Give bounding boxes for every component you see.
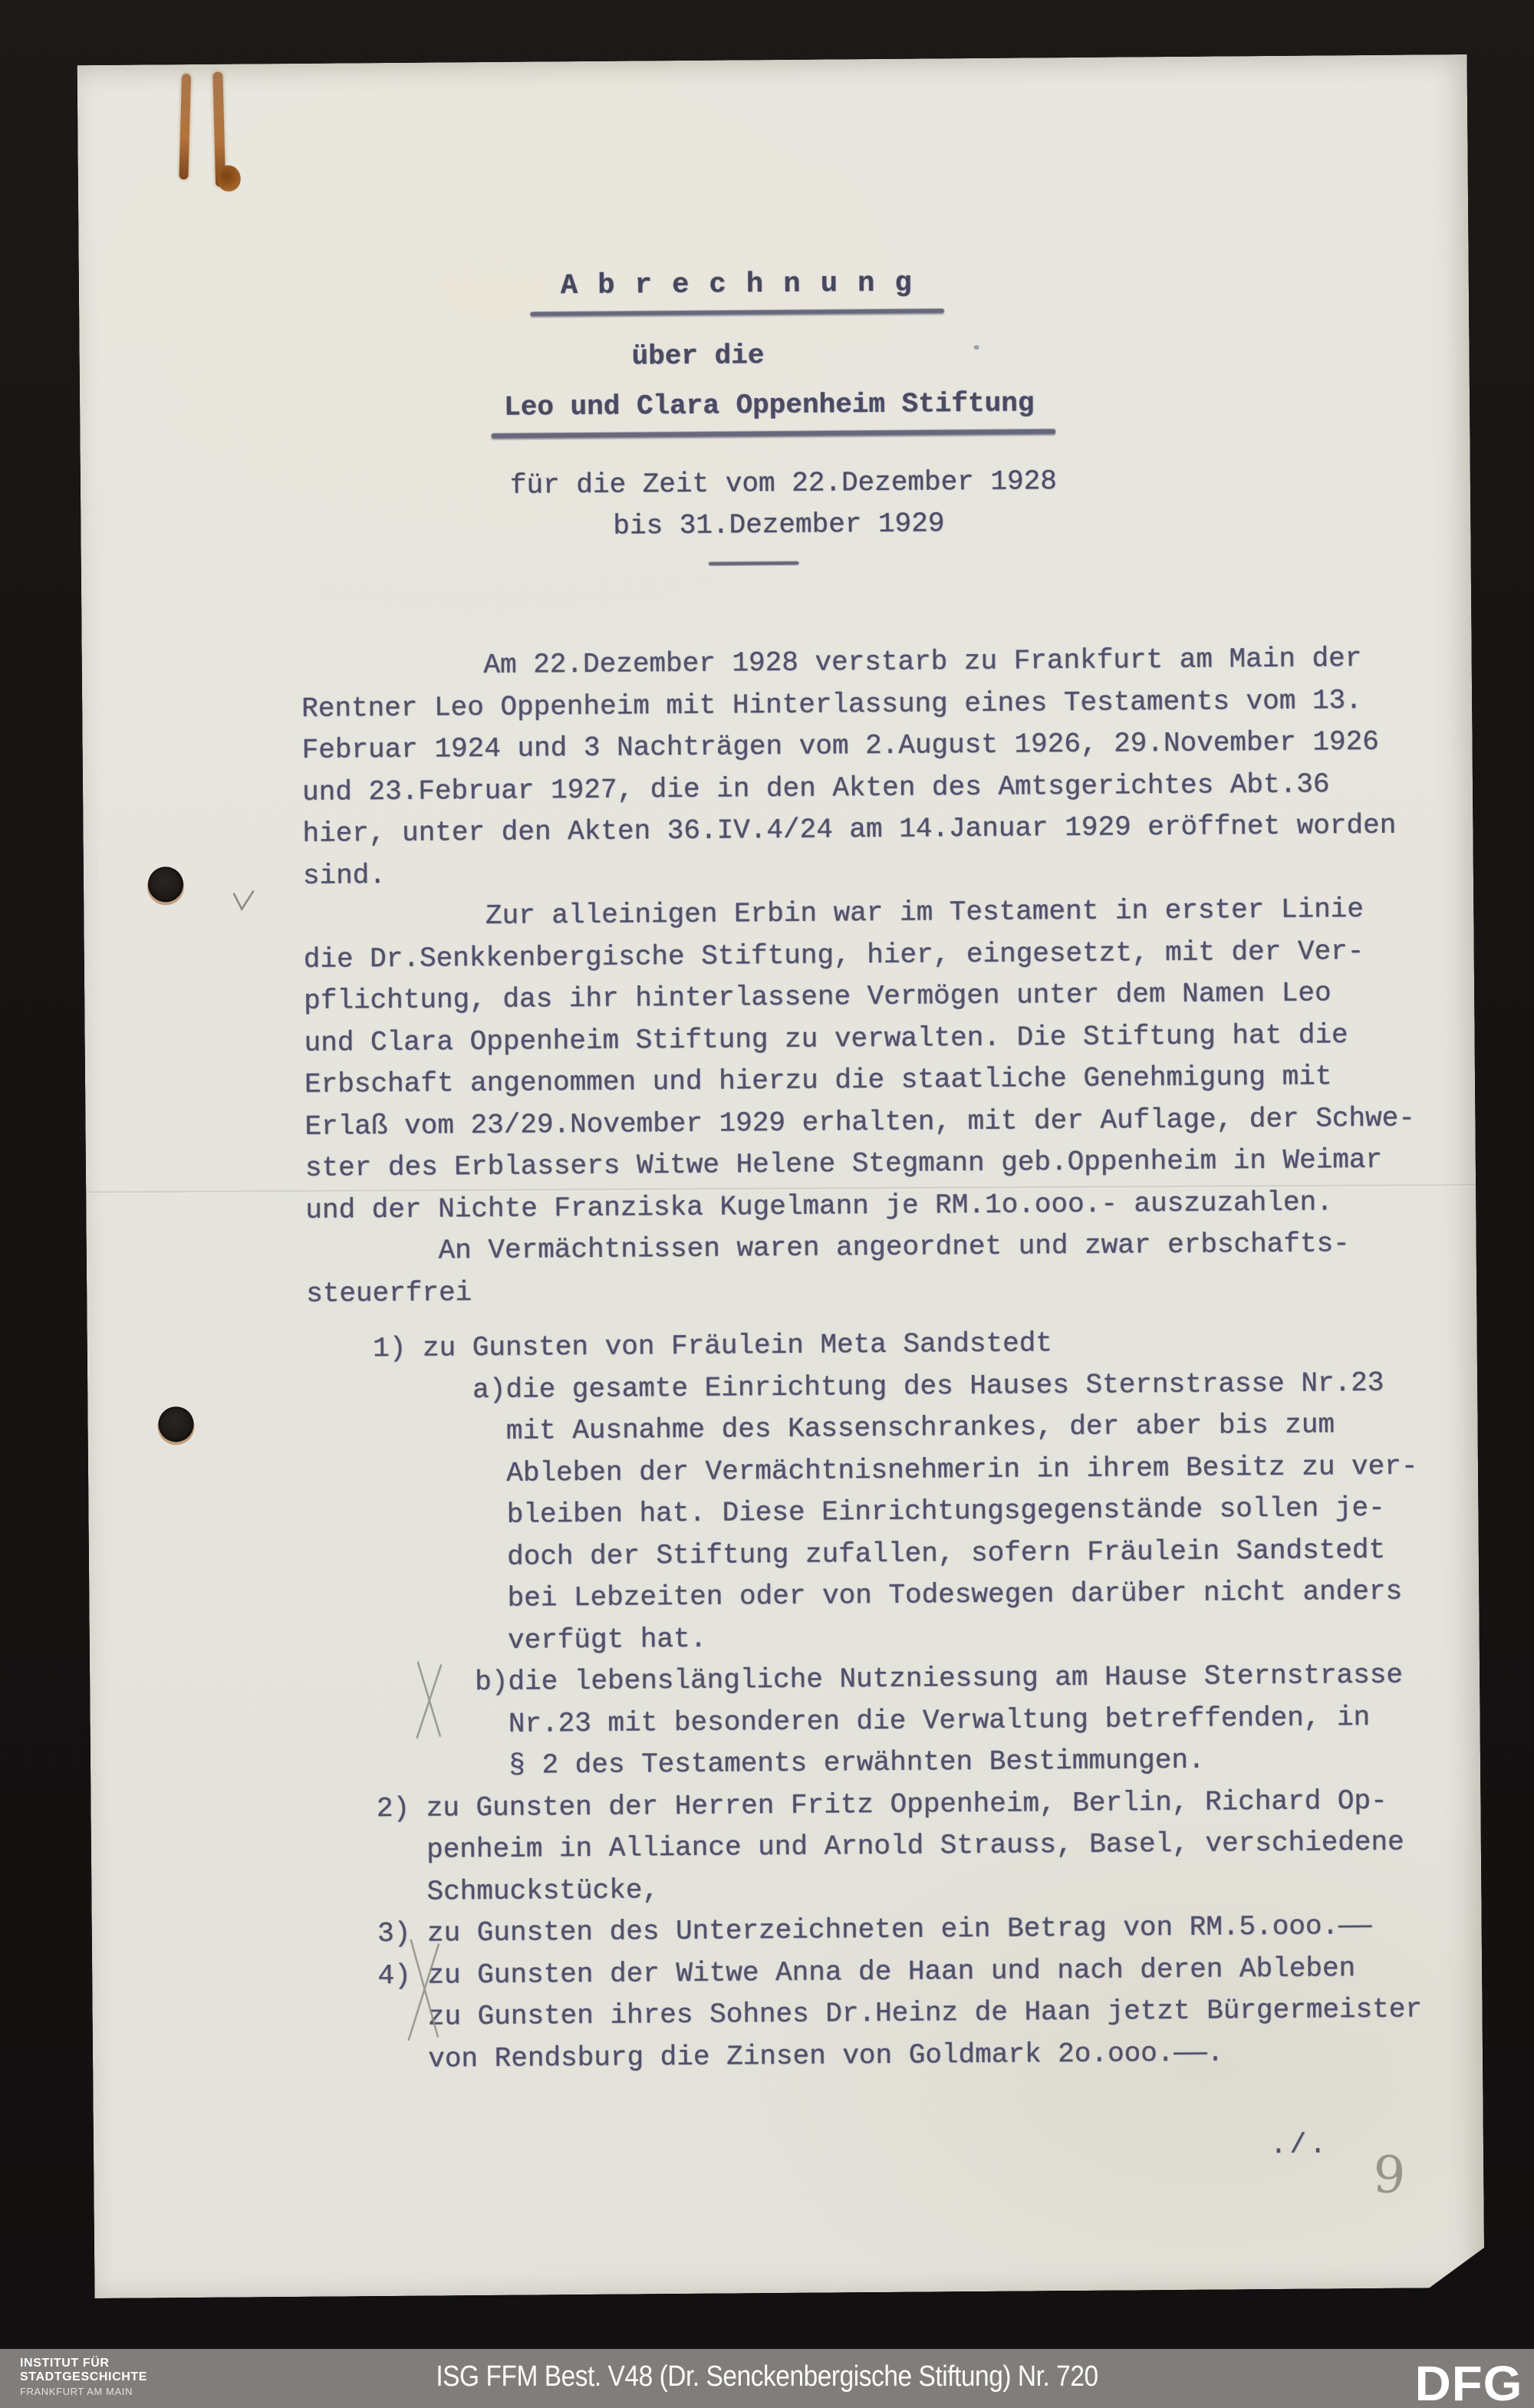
checkmark: [234, 891, 253, 909]
archival-scan-viewer: A b r e c h n u n g über die Leo und Cla…: [0, 0, 1534, 2408]
document-page: A b r e c h n u n g über die Leo und Cla…: [77, 54, 1485, 2298]
handwritten-page-number: 9: [1372, 2145, 1407, 2206]
pencil-marks-overlay: [77, 54, 1485, 2298]
dfg-logo: DFG: [1415, 2355, 1523, 2408]
viewer-footer-bar: INSTITUT FÜR STADTGESCHICHTE FRANKFURT A…: [0, 2349, 1534, 2408]
archive-reference-caption: ISG FFM Best. V48 (Dr. Senckenbergische …: [92, 2360, 1442, 2393]
